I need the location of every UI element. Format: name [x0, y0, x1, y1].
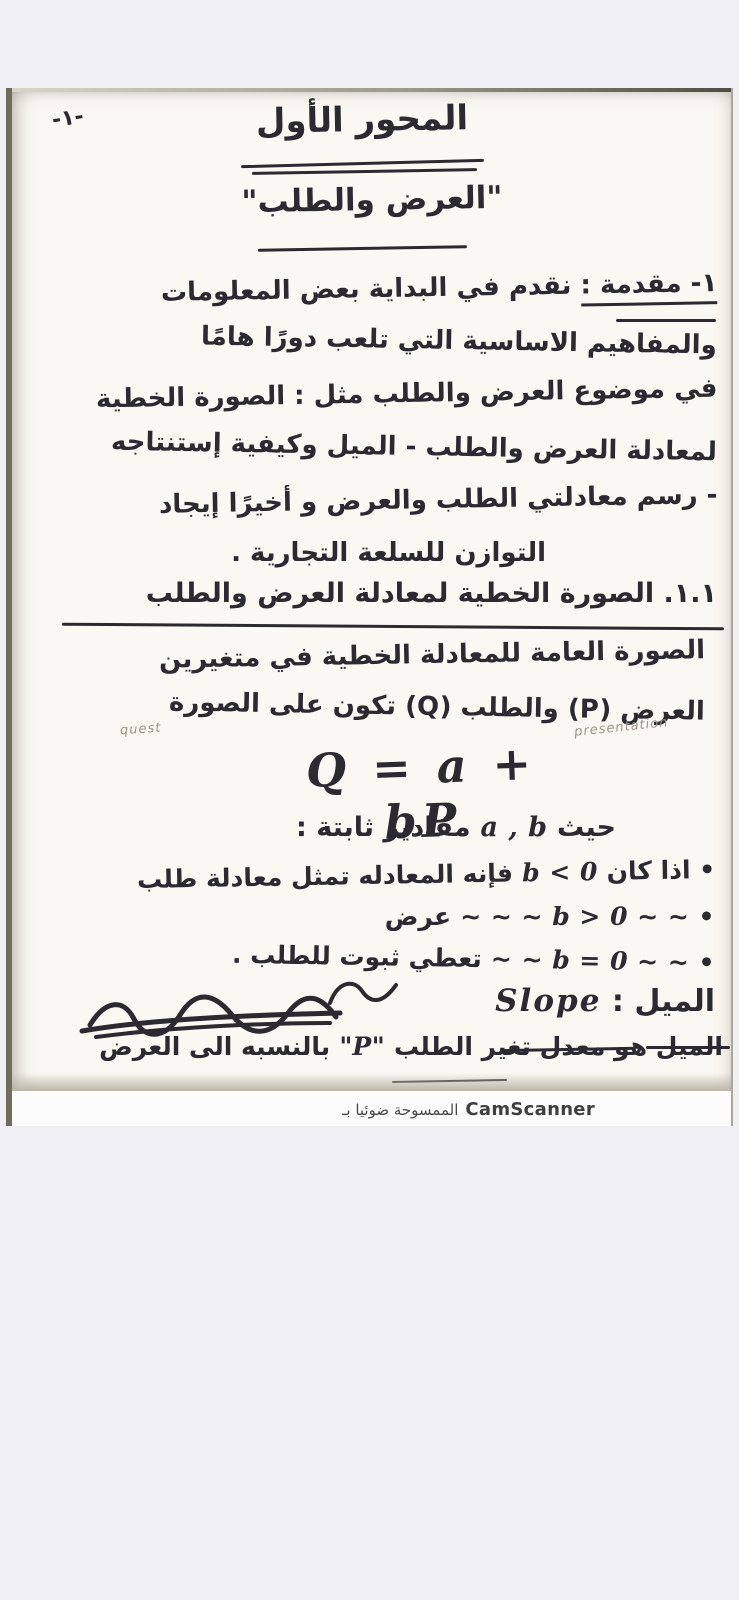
- intro-line-4: لمعادلة العرض والطلب - الميل وكيفية إستن…: [111, 427, 717, 468]
- page-number: -١-: [50, 104, 85, 133]
- bullet-2-pre: ~ ~: [637, 902, 689, 931]
- where-post: مقادير ثابتة :: [296, 812, 471, 843]
- section-number: ١.١.: [664, 578, 717, 609]
- slope-label-row: الميل : Slope: [495, 983, 715, 1019]
- bullet-marker: •: [698, 948, 715, 977]
- bullet-3-pre: ~ ~: [637, 947, 690, 977]
- intro-heading: ١- مقدمة :: [580, 268, 717, 306]
- bullet-1-pre: اذا كان: [606, 855, 690, 885]
- scanned-by-text: الممسوحة ضوئيا بـ: [342, 1101, 458, 1119]
- bullet-2-condition: b > 0: [552, 902, 628, 931]
- slope-def-post: بالنسبه الى العرض: [99, 1032, 330, 1061]
- scanned-page: -١- المحور الأول "العرض والطلب" ١- مقدمة…: [6, 88, 733, 1126]
- slope-label-english: Slope: [495, 983, 601, 1019]
- screenshot-root: { "colors": { "background": "#EFEFF4", "…: [0, 0, 739, 1600]
- page-subtitle: "العرض والطلب": [222, 179, 523, 220]
- section-heading-underline: [62, 623, 724, 631]
- section-body-line-1: الصورة العامة للمعادلة الخطية في متغيرين: [159, 635, 706, 675]
- pencil-note-quest: quest: [120, 721, 162, 739]
- slope-def-variable: "P": [339, 1032, 385, 1061]
- camscanner-brand: CamScanner: [465, 1099, 595, 1120]
- bullet-supply-case: • ~ ~ b > 0 ~ ~ ~ عرض: [385, 902, 715, 931]
- bullet-1-condition: b < 0: [522, 857, 598, 887]
- title-underline-2: [252, 168, 477, 175]
- intro-line-3: في موضوع العرض والطلب مثل : الصورة الخطي…: [95, 374, 717, 415]
- bullet-1-post: فإنه المعادله تمثل معادلة طلب: [137, 858, 513, 894]
- intro-line-5: - رسم معادلتي الطلب والعرض و أخيرًا إيجا…: [158, 480, 717, 520]
- slope-def-pre: الميل هو معدل تغير الطلب: [394, 1032, 723, 1061]
- slope-definition: الميل هو معدل تغير الطلب "P" بالنسبه الى…: [99, 1032, 723, 1061]
- page-title: المحور الأول: [212, 97, 513, 142]
- camscanner-watermark: الممسوحة ضوئيا بـ CamScanner: [342, 1099, 595, 1120]
- bullet-3-post: ~ ~ تعطي ثبوت للطلب .: [232, 940, 544, 974]
- intro-line-6: التوازن للسلعة التجارية .: [231, 538, 546, 568]
- slope-label-arabic: الميل :: [612, 984, 715, 1019]
- where-pre: حيث: [557, 812, 616, 843]
- scan-bottom-shadow: [12, 1073, 731, 1091]
- section-heading: ١.١. الصورة الخطية لمعادلة العرض والطلب: [146, 578, 717, 609]
- subtitle-underline: [258, 245, 467, 252]
- section-title: الصورة الخطية لمعادلة العرض والطلب: [146, 578, 654, 609]
- title-underline: [241, 159, 484, 168]
- bullet-marker: •: [699, 855, 715, 884]
- bullet-constant-case: • ~ ~ b = 0 ~ ~ تعطي ثبوت للطلب .: [232, 940, 715, 977]
- intro-line-1: ١- مقدمة : نقدم في البداية بعض المعلومات: [160, 268, 717, 308]
- intro-line-1-text: نقدم في البداية بعض المعلومات: [160, 271, 571, 308]
- where-constants: a , b: [480, 812, 547, 843]
- scan-top-edge: [12, 88, 731, 92]
- camscanner-strip: الممسوحة ضوئيا بـ CamScanner: [12, 1091, 731, 1126]
- bullet-marker: •: [699, 902, 715, 931]
- intro-line-2: والمفاهيم الاساسية التي تلعب دورًا هامًا: [201, 322, 717, 361]
- intro-heading-underline-2: [616, 319, 716, 322]
- bullet-3-condition: b = 0: [552, 945, 628, 975]
- where-line: حيث a , b مقادير ثابتة :: [296, 812, 616, 843]
- bullet-2-post: ~ ~ ~ عرض: [385, 902, 543, 931]
- bullet-demand-case: • اذا كان b < 0 فإنه المعادله تمثل معادل…: [137, 855, 716, 894]
